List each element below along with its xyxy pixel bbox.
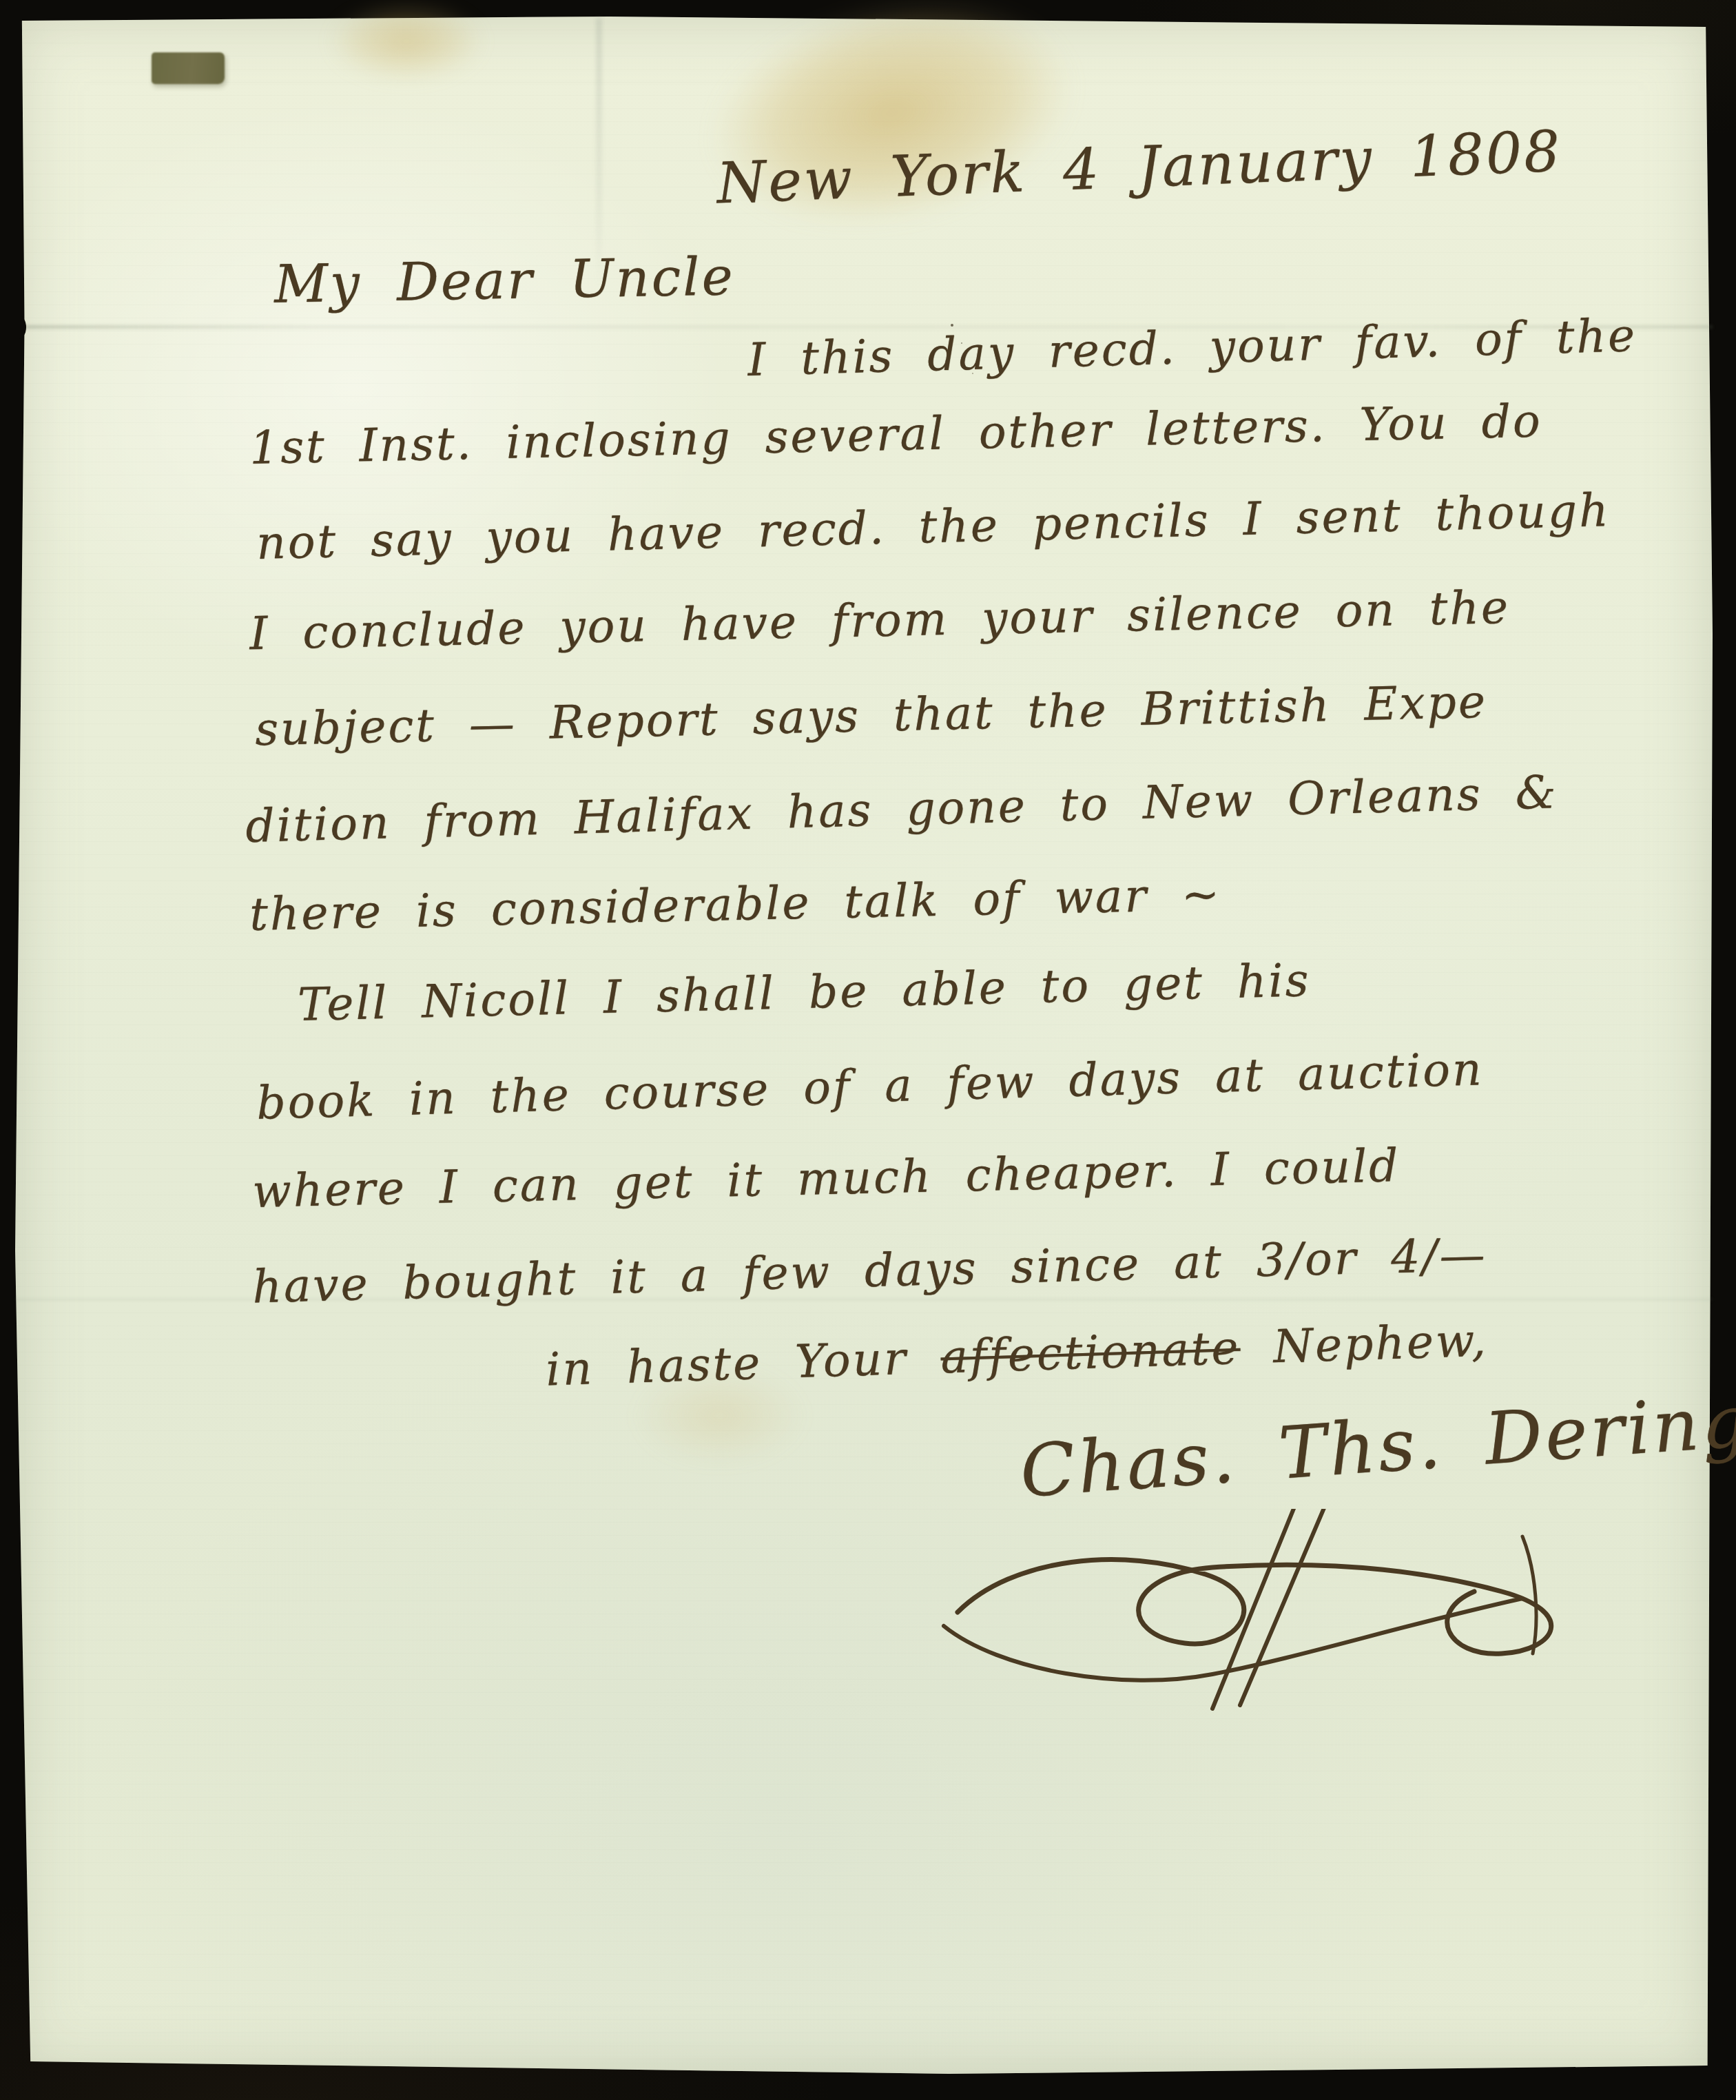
- salutation: My Dear Uncle: [273, 245, 735, 315]
- closing-struck-word: affectionate: [940, 1321, 1241, 1384]
- tape-residue-mark: [152, 52, 225, 84]
- ink-spatter: [951, 324, 953, 327]
- closing-pre: in haste Your: [545, 1332, 909, 1396]
- paper-edge-tear: [11, 316, 26, 339]
- vertical-fold-crease: [597, 18, 601, 287]
- signature-flourish: [916, 1509, 1605, 1716]
- closing-post: Nephew,: [1272, 1314, 1489, 1374]
